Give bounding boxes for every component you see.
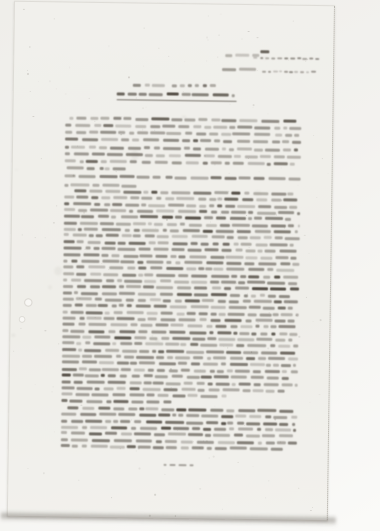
word-smudge [179,464,187,466]
page-number-mark [8,2,334,520]
document-page [7,1,335,521]
scan-backdrop [0,0,380,531]
word-smudge [170,464,176,466]
word-smudge [164,464,167,466]
word-smudge [190,464,194,466]
typewritten-content [15,2,334,6]
page-mark-line [164,464,198,468]
